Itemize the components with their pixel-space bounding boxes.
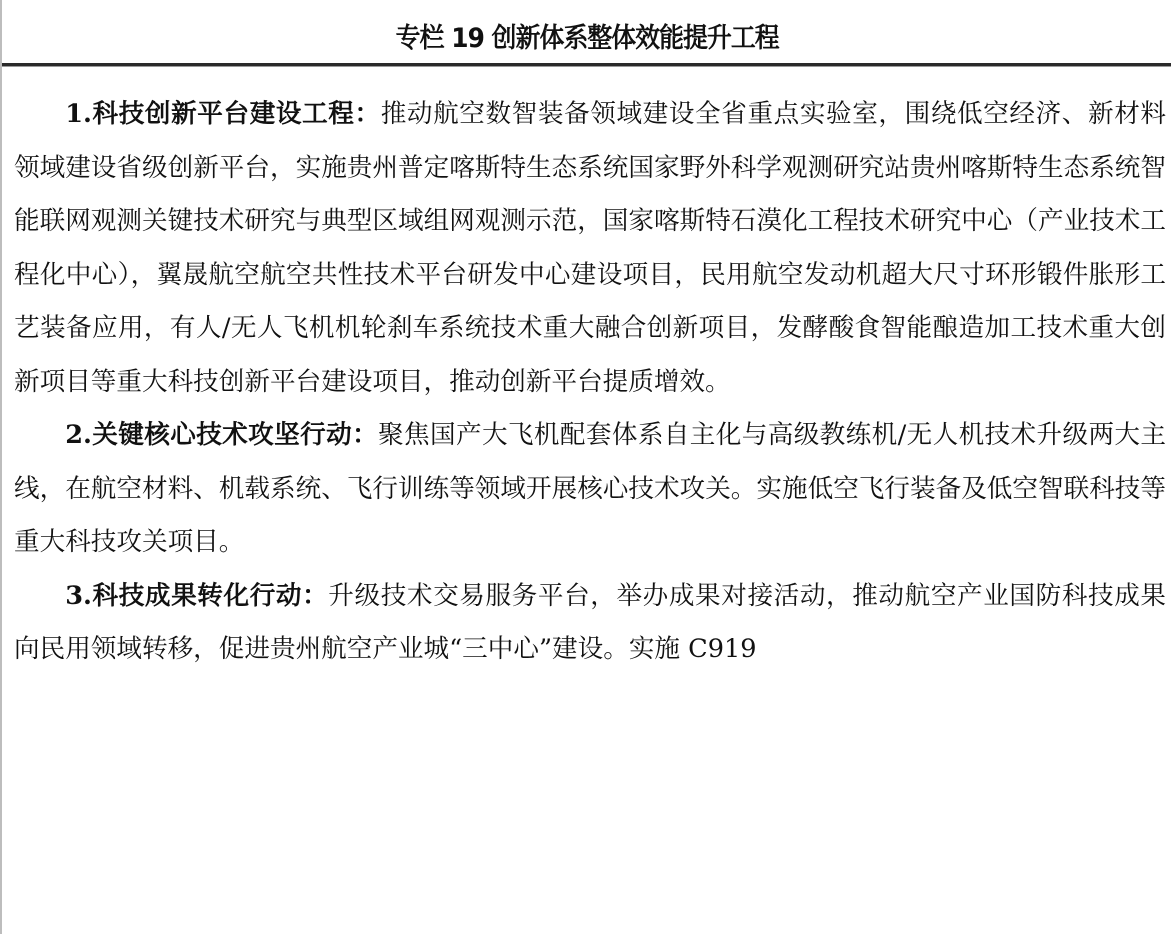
paragraph-3: 3.科技成果转化行动：升级技术交易服务平台，举办成果对接活动，推动航空产业国防科… xyxy=(14,570,1166,677)
title-divider xyxy=(2,63,1171,67)
paragraph-1-lead: 1.科技创新平台建设工程： xyxy=(65,99,381,129)
paragraph-1-text: 推动航空数智装备领域建设全省重点实验室，围绕低空经济、新材料领域建设省级创新平台… xyxy=(14,99,1166,397)
paragraph-1: 1.科技创新平台建设工程：推动航空数智装备领域建设全省重点实验室，围绕低空经济、… xyxy=(14,88,1166,409)
page-title: 专栏 19 创新体系整体效能提升工程 xyxy=(396,16,779,55)
paragraph-2: 2.关键核心技术攻坚行动：聚焦国产大飞机配套体系自主化与高级教练机/无人机技术升… xyxy=(14,409,1166,570)
document-body: 1.科技创新平台建设工程：推动航空数智装备领域建设全省重点实验室，围绕低空经济、… xyxy=(14,88,1166,677)
paragraph-3-lead: 3.科技成果转化行动： xyxy=(65,581,328,611)
title-row: 专栏 19 创新体系整体效能提升工程 xyxy=(2,0,1171,64)
document-box: 专栏 19 创新体系整体效能提升工程 1.科技创新平台建设工程：推动航空数智装备… xyxy=(0,0,1171,934)
paragraph-2-lead: 2.关键核心技术攻坚行动： xyxy=(65,420,378,450)
